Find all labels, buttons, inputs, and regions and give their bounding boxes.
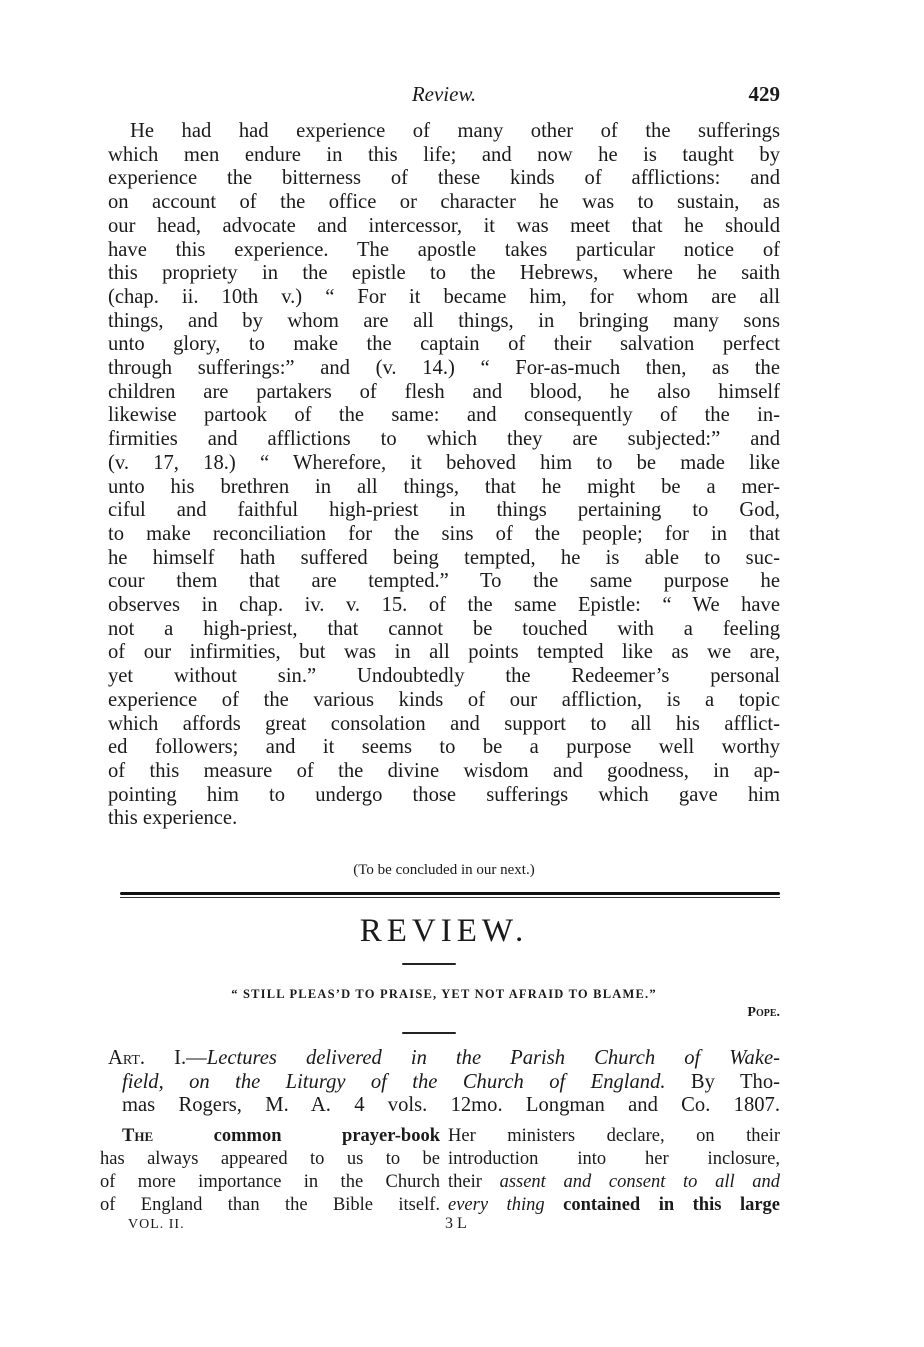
article-publication: mas Rogers, M. A. 4 vols. 12mo. Longman …: [122, 1094, 780, 1116]
text-line: unto glory, to make the captain of their…: [108, 333, 780, 357]
text-line: of more importance in the Church: [100, 1171, 440, 1194]
article-author: By Tho-: [666, 1071, 780, 1093]
text-column-left: The common prayer-book has always appear…: [100, 1125, 440, 1217]
text-line: experience of the various kinds of our a…: [108, 689, 780, 713]
text-line: which affords great consolation and supp…: [108, 713, 780, 737]
continuation-note: (To be concluded in our next.): [108, 862, 780, 879]
page-number: 429: [749, 82, 781, 107]
epigraph: “ STILL PLEAS’D TO PRAISE, YET NOT AFRAI…: [108, 987, 780, 1002]
text-line: likewise partook of the same: and conseq…: [108, 404, 780, 428]
text-line: introduction into her inclosure,: [448, 1148, 780, 1171]
text-line: through sufferings:” and (v. 14.) “ For-…: [108, 357, 780, 381]
running-title: Review.: [108, 82, 780, 107]
text-line: which men endure in this life; and now h…: [108, 144, 780, 168]
drop-word: The: [122, 1126, 153, 1146]
text-line: this experience.: [108, 807, 780, 831]
thin-rule: [120, 897, 780, 898]
text-line: observes in chap. iv. v. 15. of the same…: [108, 594, 780, 618]
text-line: children are partakers of flesh and bloo…: [108, 381, 780, 405]
section-title: REVIEW.: [108, 913, 780, 950]
ornamental-rule: [402, 963, 456, 965]
article-heading: Art. I.—Lectures delivered in the Parish…: [108, 1047, 780, 1118]
text-line: of England than the Bible itself.: [100, 1194, 440, 1217]
article-dash: —: [186, 1047, 207, 1069]
text-line: yet without sin.” Undoubtedly the Redeem…: [108, 665, 780, 689]
text-line: have this experience. The apostle takes …: [108, 239, 780, 263]
article-title: Lectures delivered in the Parish Church …: [207, 1047, 780, 1069]
epigraph-attribution: Pope.: [747, 1005, 780, 1021]
section-divider: [120, 892, 780, 899]
text-line: The common prayer-book: [100, 1125, 440, 1148]
body-paragraph: He had had experience of many other of t…: [108, 120, 780, 831]
text-line: he himself hath suffered being tempted, …: [108, 547, 780, 571]
article-label: Art. I.: [108, 1047, 186, 1069]
text-line: experience the bitterness of these kinds…: [108, 167, 780, 191]
text-line: things, and by whom are all things, in b…: [108, 310, 780, 334]
text-line: (chap. ii. 10th v.) “ For it became him,…: [108, 286, 780, 310]
signature-mark: 3 L: [445, 1215, 467, 1233]
text-line: Her ministers declare, on their: [448, 1125, 780, 1148]
volume-footer: VOL. II.: [128, 1217, 185, 1233]
ornamental-rule: [402, 1032, 456, 1034]
text-line: has always appeared to us to be: [100, 1148, 440, 1171]
text-line: their assent and consent to all and: [448, 1171, 780, 1194]
text-line: of this measure of the divine wisdom and…: [108, 760, 780, 784]
scanned-page: Review. 429 He had had experience of man…: [0, 0, 924, 1347]
text-line: cour them that are tempted.” To the same…: [108, 570, 780, 594]
heading-line: Art. I.—Lectures delivered in the Parish…: [108, 1047, 780, 1071]
text-line: ciful and faithful high-priest in things…: [108, 499, 780, 523]
text-line: (v. 17, 18.) “ Wherefore, it behoved him…: [108, 452, 780, 476]
text-line: this propriety in the epistle to the Heb…: [108, 262, 780, 286]
text-line: firmities and afflictions to which they …: [108, 428, 780, 452]
text-line: unto his brethren in all things, that he…: [108, 476, 780, 500]
article-title: field, on the Liturgy of the Church of E…: [122, 1071, 666, 1093]
text-line: ed followers; and it seems to be a purpo…: [108, 736, 780, 760]
thick-rule: [120, 892, 780, 895]
text-line: to make reconciliation for the sins of t…: [108, 523, 780, 547]
text-line: every thing contained in this large: [448, 1194, 780, 1217]
text-line: pointing him to undergo those sufferings…: [108, 784, 780, 808]
text-line: of our infirmities, but was in all point…: [108, 641, 780, 665]
text-line: not a high-priest, that cannot be touche…: [108, 618, 780, 642]
heading-line: mas Rogers, M. A. 4 vols. 12mo. Longman …: [108, 1094, 780, 1118]
text-line: on account of the office or character he…: [108, 191, 780, 215]
text-line: our head, advocate and intercessor, it w…: [108, 215, 780, 239]
running-head: Review. 429: [108, 82, 780, 112]
text-column-right: Her ministers declare, on their introduc…: [448, 1125, 780, 1217]
heading-line: field, on the Liturgy of the Church of E…: [108, 1071, 780, 1095]
text-line: He had had experience of many other of t…: [108, 120, 780, 144]
